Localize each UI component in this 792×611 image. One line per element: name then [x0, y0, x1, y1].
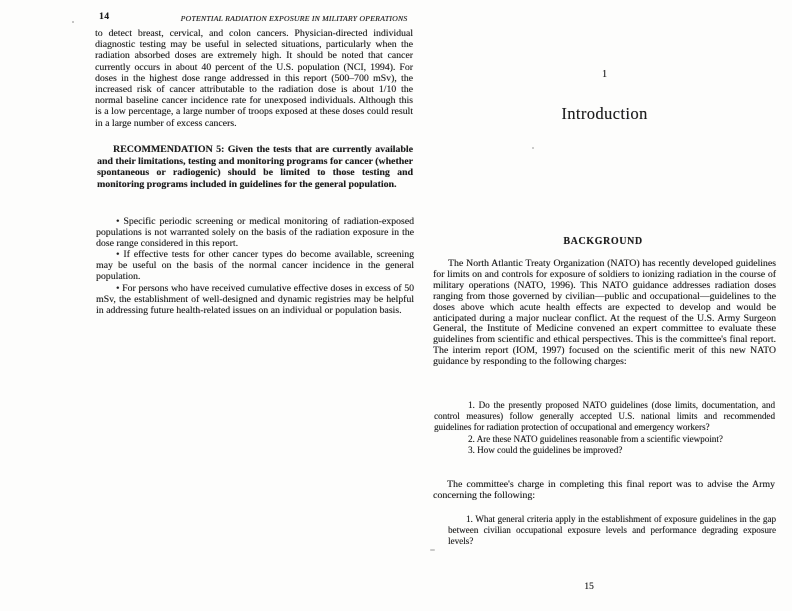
chapter-number: 1: [433, 69, 776, 80]
scan-speck: [72, 21, 74, 23]
charge-item: 1. Do the presently proposed NATO guidel…: [434, 400, 775, 434]
scan-speck: [772, 417, 774, 419]
bullet-item: • If effective tests for other cancer ty…: [96, 249, 414, 282]
committee-charge-paragraph: The committee's charge in completing thi…: [433, 479, 775, 502]
scan-speck: [430, 549, 435, 551]
bullet-item: • Specific periodic screening or medical…: [96, 216, 414, 249]
running-head: POTENTIAL RADIATION EXPOSURE IN MILITARY…: [168, 14, 420, 23]
section-heading: BACKGROUND: [433, 236, 773, 247]
scanned-book-spread: 14 POTENTIAL RADIATION EXPOSURE IN MILIT…: [0, 0, 792, 611]
charge-item: 2. Are these NATO guidelines reasonable …: [434, 434, 775, 445]
left-body-paragraph: to detect breast, cervical, and colon ca…: [95, 28, 413, 129]
chapter-title: Introduction: [433, 104, 776, 124]
background-paragraph: The North Atlantic Treaty Organization (…: [433, 259, 776, 368]
question-item: 1. What general criteria apply in the es…: [448, 514, 776, 547]
recommendation-block: RECOMMENDATION 5: Given the tests that a…: [97, 144, 413, 191]
left-page-number: 14: [99, 12, 110, 22]
charges-list: 1. Do the presently proposed NATO guidel…: [434, 400, 775, 456]
right-page-number: 15: [432, 582, 746, 592]
bullet-item: • For persons who have received cumulati…: [96, 283, 414, 316]
charge-item: 3. How could the guidelines be improved?: [434, 445, 775, 456]
scan-speck: [532, 147, 534, 149]
bullet-list: • Specific periodic screening or medical…: [96, 216, 414, 316]
